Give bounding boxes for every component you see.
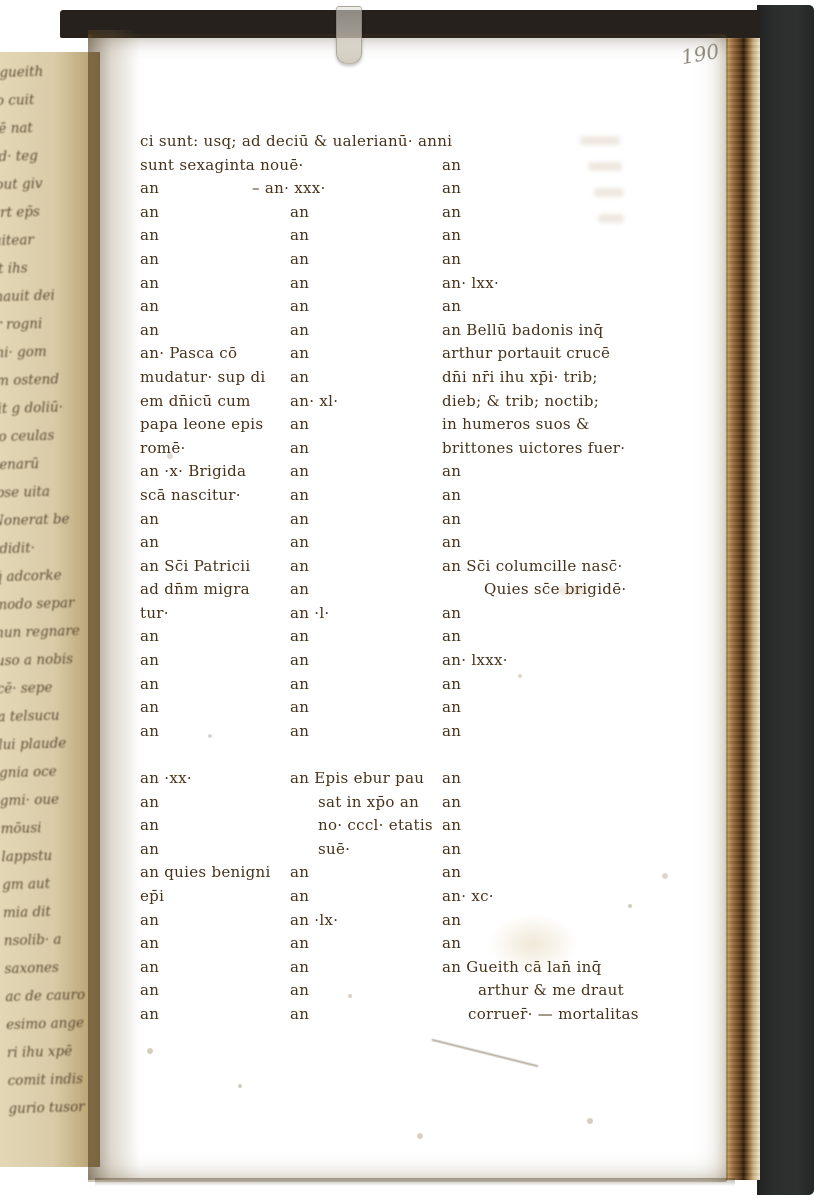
annal-col3: an Bellū badonis inq̄ [442,319,700,343]
ink-showthrough-mark [594,188,624,197]
annal-col1: scā nascitur· [140,484,290,508]
facing-page-text-fragments: ex gueithsuo cuitppē natned· tegmout giv… [0,57,100,1123]
facing-page-line: mia dit [3,896,100,927]
annal-col1: papa leone epis [140,413,290,437]
annal-col2: an [290,342,442,366]
annal-col1: an [140,791,290,815]
facing-page-line: comit indis [7,1064,100,1095]
annal-col1: an [140,531,290,555]
facing-page-line: suo cuit [0,85,81,116]
annal-col3: an [442,177,700,201]
annal-col1: an [140,720,290,744]
facing-page-line: ac de cauro [5,980,100,1011]
annal-row: ananan· lxxx· [140,649,700,673]
annal-col2: an [290,366,442,390]
annal-col1 [140,743,290,767]
annal-row: ananarthur & me draut [140,979,700,1003]
annal-col3: arthur & me draut [442,979,700,1003]
annal-col2: sat in xp̄o an [290,791,442,815]
ink-showthrough-mark [558,586,588,595]
annal-col1: an [140,673,290,697]
annal-row: ad dn̄m migraanQuies sc̄e brigidē· [140,578,700,602]
facing-page-line: nsolib· a [3,924,100,955]
annal-col1: an [140,625,290,649]
annal-col2: an [290,696,442,720]
ink-showthrough-mark [580,136,620,145]
facing-page-line: ex gueith [0,57,80,88]
annal-col2: an [290,201,442,225]
annal-col2 [290,743,442,767]
annal-col2: an ·lx· [290,909,442,933]
vellum-tab [336,6,362,64]
annal-col2: suē· [290,838,442,862]
annal-col1: an Sc̄i Patricii [140,555,290,579]
annal-row: mudatur· sup diandn̄i nr̄i ihu xp̄i· tri… [140,366,700,390]
annal-row: ananan [140,696,700,720]
facing-page-line: rdidit· [0,533,93,564]
annal-col1: an [140,508,290,532]
facing-page-line: nun regnare [0,617,96,648]
annal-col1: an· Pasca cō [140,342,290,366]
annal-col2: an [290,413,442,437]
annal-col3: an· xc· [442,885,700,909]
folio-number: 190 [679,39,721,69]
annal-row: anancorruer̄· — mortalitas [140,1003,700,1027]
annal-col3: an [442,508,700,532]
annal-col3: an [442,531,700,555]
annal-col3: an [442,602,700,626]
facing-page-line: uo ceulas [0,421,90,452]
annal-row: scā nascitur·anan [140,484,700,508]
annal-row: ananan· lxx· [140,272,700,296]
annal-row: an Sc̄i Patriciianan Sc̄i columcille nas… [140,555,700,579]
book-cover [757,5,814,1195]
facing-page-line: gnauit dei [0,281,86,312]
annal-col3: dn̄i nr̄i ihu xp̄i· trib; [442,366,700,390]
facing-page-line: a telsucu [0,701,98,732]
annal-col2: an [290,861,442,885]
annal-col3: an [442,248,700,272]
parchment-stain [488,914,578,974]
annal-col2: an [290,484,442,508]
facing-page-strip: ex gueithsuo cuitppē natned· tegmout giv… [0,52,100,1167]
annal-col2: no· cccl· etatis [290,814,442,838]
ink-showthrough-mark [598,214,624,223]
facing-page-line: saxones [4,952,100,983]
annal-col1: an [140,909,290,933]
annal-col3: brittones uictores fuer· [442,437,700,461]
annal-row: an ·xx·an Epis ebur pauan [140,767,700,791]
facing-page-line: ned· teg [0,141,82,172]
facing-page-line: ppē nat [0,113,81,144]
page-fore-edges [726,30,760,1180]
facing-page-line: uenarū [0,449,91,480]
annal-col2: an [290,272,442,296]
annal-col3: an [442,201,700,225]
annal-col3: in humeros suos & [442,413,700,437]
annal-col3: an [442,673,700,697]
annal-col1: an [140,1003,290,1027]
facing-page-line: uert ep̄s [0,197,84,228]
annal-col1: an quies benigni [140,861,290,885]
annal-col2: an [290,1003,442,1027]
annal-row: ansat in xp̄o anan [140,791,700,815]
annal-row: ansuē·an [140,838,700,862]
annal-row: anan ·lx·an [140,909,700,933]
annal-col3: an [442,696,700,720]
annal-row: tur·an ·l·an [140,602,700,626]
ink-showthrough-mark [588,162,622,171]
annal-col2 [290,154,442,178]
annal-col2: an [290,578,442,602]
annal-col1: em dn̄icū cum [140,390,290,414]
annal-col2: an [290,555,442,579]
facing-page-line: mōusi [0,813,100,844]
facing-page-line: mout giv [0,169,83,200]
annal-col2: an [290,531,442,555]
annal-col2: an [290,248,442,272]
annal-col1: romē· [140,437,290,461]
facing-page-line: oni· gom [0,337,88,368]
annal-row: ananan [140,531,700,555]
facing-page-line: lui plaude [0,729,99,760]
annal-row: ananan Gueith cā lan̄ inq̄ [140,956,700,980]
annal-col3: an [442,791,700,815]
annal-col1: ad dn̄m migra [140,578,290,602]
facing-page-line: em ostend [0,365,89,396]
annal-row: an ·x· Brigidaanan [140,460,700,484]
annal-col3: an [442,625,700,649]
annal-col2: an [290,319,442,343]
facing-page-line: gmi· oue [0,785,100,816]
annal-col1: an [140,649,290,673]
facing-page-line: gnia oce [0,757,99,788]
annal-row: papa leone episanin humeros suos & [140,413,700,437]
annal-col1: sunt sexaginta nouē· [140,154,290,178]
annal-col3: dieb; & trib; noctib; [442,390,700,414]
annal-row: ananan [140,508,700,532]
annal-row: an· Pasca cōanarthur portauit crucē [140,342,700,366]
annal-row: romē·anbrittones uictores fuer· [140,437,700,461]
facing-page-line: lappstu [1,841,100,872]
annal-col2: an [290,224,442,248]
annal-col2: an [290,508,442,532]
annal-row: ananan Bellū badonis inq̄ [140,319,700,343]
parchment-freckles [88,34,92,38]
annal-col1: tur· [140,602,290,626]
annal-col3: corruer̄· — mortalitas [442,1003,700,1027]
annal-row [140,743,700,767]
facing-page-line: q̄ adcorke [0,561,94,592]
annals-block: ci sunt: usq; ad deciū & ualerianū· anni… [140,130,700,1027]
annal-col1: an [140,814,290,838]
annal-col3: an [442,838,700,862]
annal-col3 [442,743,700,767]
annal-row: ananan [140,625,700,649]
annal-col1: an [140,956,290,980]
annal-col2: an [290,437,442,461]
facing-page-line: Nonerat be [0,505,92,536]
annal-col2: an [290,649,442,673]
annal-col1: an [140,319,290,343]
annal-col3: an [442,295,700,319]
annal-col3: an· lxxx· [442,649,700,673]
annal-col2: an [290,932,442,956]
annal-col1: an [140,248,290,272]
facing-page-line: uso a nobis [0,645,96,676]
annal-col1: an [140,201,290,225]
annal-col2: an [290,460,442,484]
facing-page-line: ur rogni [0,309,87,340]
annal-col3: arthur portauit crucē [442,342,700,366]
annal-row: ep̄ianan· xc· [140,885,700,909]
annal-col1: an [140,838,290,862]
facing-page-line: dit g doliū· [0,393,89,424]
annal-col2: an· xl· [290,390,442,414]
annal-col2: an [290,956,442,980]
annal-row: ananan [140,720,700,744]
annal-col1: an [140,224,290,248]
annal-col3: an Sc̄i columcille nasc̄· [442,555,700,579]
annal-col2: an [290,673,442,697]
parchment-page: 190 ci sunt: usq; ad deciū & ualerianū· … [88,34,728,1182]
annal-col2: an [290,885,442,909]
annal-col2: an [290,720,442,744]
facing-page-line: modo separ [0,589,95,620]
annal-col3: an [442,767,700,791]
annal-row: an quies benignianan [140,861,700,885]
annal-col1: an [140,295,290,319]
annal-col2: an [290,625,442,649]
annal-col3: an [442,460,700,484]
annal-col3: an [442,814,700,838]
facing-page-line: quitear [0,225,85,256]
book-bottom-shadow [95,1178,735,1186]
annal-col1: an [140,979,290,1003]
annal-col1: an [140,696,290,720]
annal-col2: an ·l· [290,602,442,626]
annal-col2: – an· xxx· [290,177,442,201]
annal-col1: an [140,272,290,296]
annal-col1: an [140,932,290,956]
parchment-scratch [431,1039,538,1068]
annal-row: anno· cccl· etatisan [140,814,700,838]
annal-col3: an [442,154,700,178]
annal-col2: an Epis ebur pau [290,767,442,791]
annal-row: ananan [140,295,700,319]
facing-page-line: esimo ange [6,1008,100,1039]
facing-page-line: ipse uita [0,477,92,508]
annal-col3: an [442,224,700,248]
facing-page-line: uit ihs [0,253,85,284]
annal-row: ananan [140,673,700,697]
annal-col3: an [442,484,700,508]
annal-col2: an [290,295,442,319]
annal-col1: ep̄i [140,885,290,909]
annal-col3: an· lxx· [442,272,700,296]
facing-page-line: cē· sepe [0,673,97,704]
annal-row: ananan [140,932,700,956]
annal-row: ananan [140,224,700,248]
annal-row: em dn̄icū cuman· xl·dieb; & trib; noctib… [140,390,700,414]
annal-col1: an ·x· Brigida [140,460,290,484]
annal-col3: an [442,861,700,885]
annal-col3: an [442,720,700,744]
annal-row: ananan [140,248,700,272]
annal-col1: an ·xx· [140,767,290,791]
manuscript-photo: ex gueithsuo cuitppē natned· tegmout giv… [0,0,814,1200]
facing-page-line: ri ihu xpē [7,1036,100,1067]
annal-col2: an [290,979,442,1003]
annal-col1: mudatur· sup di [140,366,290,390]
facing-page-line: gurio tusor [8,1092,100,1123]
facing-page-line: gm aut [2,868,100,899]
